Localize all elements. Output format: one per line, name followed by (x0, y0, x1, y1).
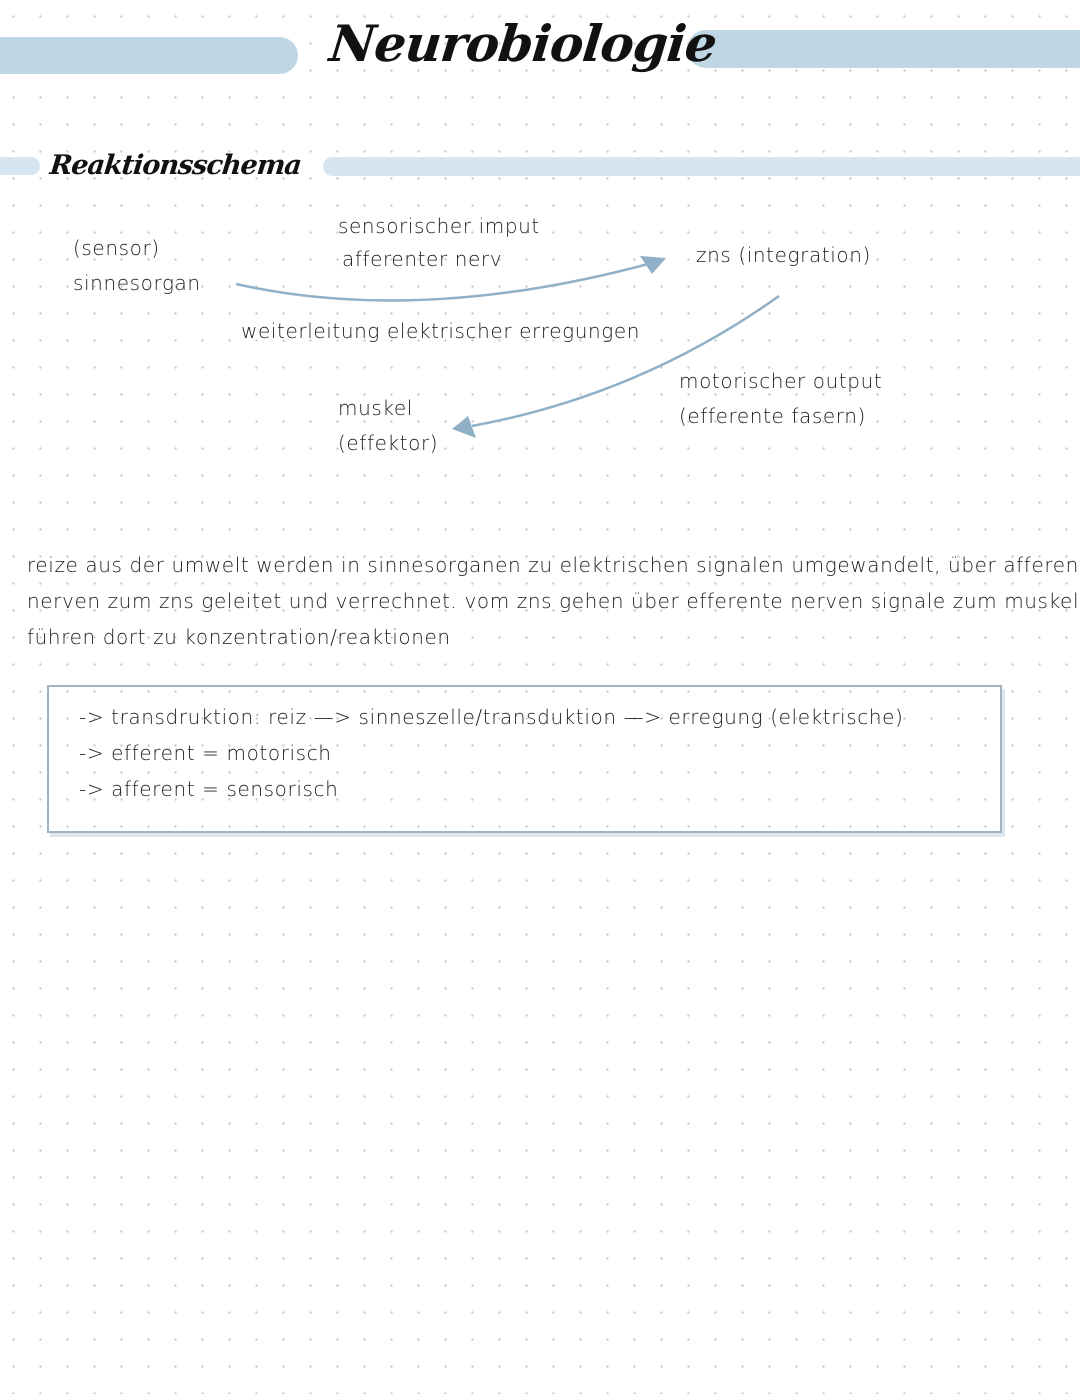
muscle-label: muskel (effektor) (338, 391, 438, 461)
sensor-label: (sensor) sinnesorgan (73, 231, 201, 301)
paragraph-line: nerven zum zns geleitet und verrechnet. … (27, 583, 1080, 619)
note-line: -> efferent = motorisch (79, 736, 332, 770)
sensory-input-label: sensorischer imput afferenter nerv (338, 210, 540, 276)
notes-box: -> transdruktion: reiz —> sinneszelle/tr… (47, 685, 1002, 833)
note-line: -> afferent = sensorisch (79, 772, 338, 806)
paragraph-line: führen dort zu konzentration/reaktionen (27, 619, 1080, 655)
paragraph-line: reize aus der umwelt werden in sinnesorg… (27, 547, 1080, 583)
note-line: -> transdruktion: reiz —> sinneszelle/tr… (79, 700, 903, 734)
summary-paragraph: reize aus der umwelt werden in sinnesorg… (27, 547, 1080, 655)
zns-label: zns (integration) (696, 238, 871, 273)
transmission-label: weiterleitung elektrischer erregungen (241, 314, 640, 349)
motor-output-label: motorischer output (efferente fasern) (679, 364, 882, 434)
